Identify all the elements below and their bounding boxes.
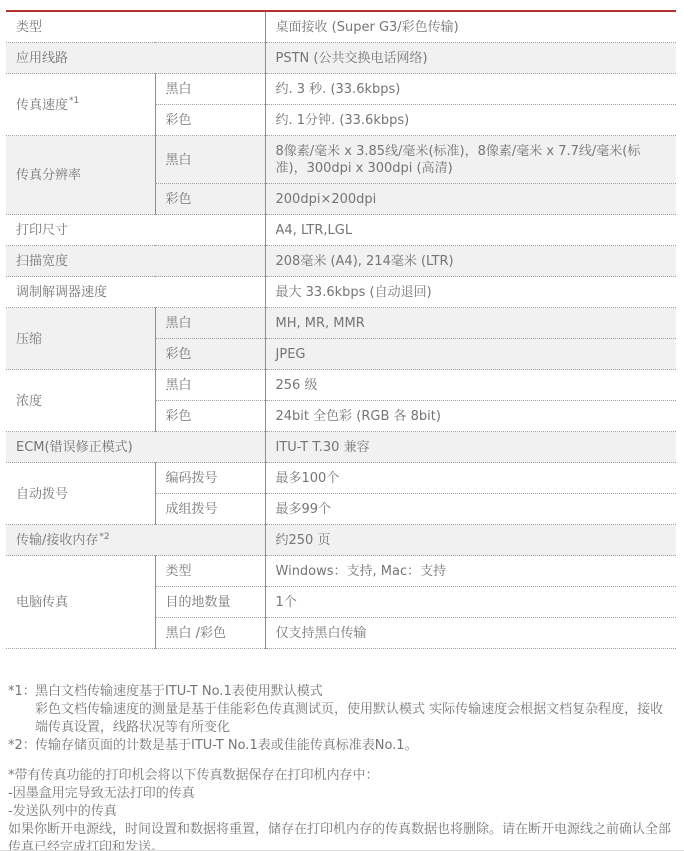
footnote-2-marker: *2： [8,737,35,755]
table-row: 传真分辨率 黑白 8像素/毫米 x 3.85线/毫米(标准)，8像素/毫米 x … [6,136,676,184]
spec-value-cell: JPEG [265,339,676,370]
spec-label-cell: 电脑传真 [6,556,155,649]
spec-value: 仅支持黑白传输 [276,626,367,641]
spec-sublabel: 编码拨号 [166,471,218,486]
table-row: 压缩 黑白 MH, MR, MMR [6,308,676,339]
spec-value-cell: ITU-T T.30 兼容 [265,432,676,463]
table-row: 调制解调器速度 最大 33.6kbps (自动退回) [6,277,676,308]
spec-sublabel-cell: 彩色 [155,105,265,136]
table-row: 扫描宽度 208毫米 (A4), 214毫米 (LTR) [6,246,676,277]
memory-note-intro: *带有传真功能的打印机会将以下传真数据保存在打印机内存中： [8,767,676,785]
spec-value-cell: 208毫米 (A4), 214毫米 (LTR) [265,246,676,277]
spec-value: 最大 33.6kbps (自动退回) [276,285,432,300]
spec-sublabel-cell: 彩色 [155,339,265,370]
footnote-1-body: 黑白文档传输速度基于ITU-T No.1表使用默认模式 彩色文档传输速度的测量是… [35,683,676,737]
spec-value-cell: 最多100个 [265,463,676,494]
spec-value: 208毫米 (A4), 214毫米 (LTR) [276,254,454,269]
spec-value: JPEG [276,347,306,362]
spec-sublabel: 黑白 [166,378,192,393]
table-row: 电脑传真 类型 Windows：支持, Mac：支持 [6,556,676,587]
footnote-1: *1： 黑白文档传输速度基于ITU-T No.1表使用默认模式 彩色文档传输速度… [8,683,676,737]
spec-label-cell: 类型 [6,11,265,43]
spec-label: 压缩 [16,332,42,347]
spec-value: PSTN (公共交换电话网络) [276,51,428,66]
spec-value-cell: 仅支持黑白传输 [265,618,676,649]
table-row: 传真速度*1 黑白 约. 3 秒. (33.6kbps) [6,74,676,105]
spec-value: 24bit 全色彩 (RGB 各 8bit) [276,409,441,424]
spec-label: 浓度 [16,394,42,409]
footnotes-block: *1： 黑白文档传输速度基于ITU-T No.1表使用默认模式 彩色文档传输速度… [6,683,676,755]
table-row: 浓度 黑白 256 级 [6,370,676,401]
spec-value-cell: 桌面接收 (Super G3/彩色传输) [265,11,676,43]
spec-value-cell: 1个 [265,587,676,618]
spec-label-cell: 传输/接收内存*2 [6,525,265,556]
spec-sublabel: 黑白 [166,153,192,168]
spec-sublabel: 彩色 [166,192,192,207]
spec-value-cell: 200dpi×200dpi [265,184,676,215]
table-row: 传输/接收内存*2 约250 页 [6,525,676,556]
spec-label-cell: 传真速度*1 [6,74,155,136]
spec-value: 最多99个 [276,502,332,517]
spec-value-cell: 256 级 [265,370,676,401]
table-row: 打印尺寸 A4, LTR,LGL [6,215,676,246]
spec-label: 自动拨号 [16,487,68,502]
spec-sublabel: 黑白 /彩色 [166,626,227,641]
footnote-1-marker: *1： [8,683,35,737]
spec-value: 8像素/毫米 x 3.85线/毫米(标准)，8像素/毫米 x 7.7线/毫米(标… [276,144,641,176]
spec-sublabel-cell: 彩色 [155,401,265,432]
spec-label-cell: 扫描宽度 [6,246,265,277]
spec-label: 电脑传真 [16,595,68,610]
spec-sublabel-cell: 目的地数量 [155,587,265,618]
spec-value-cell: A4, LTR,LGL [265,215,676,246]
spec-sublabel-cell: 黑白 [155,136,265,184]
spec-sublabel-cell: 彩色 [155,184,265,215]
memory-note-item-1: -因墨盒用完导致无法打印的传真 [8,785,676,803]
spec-sublabel: 成组拨号 [166,502,218,517]
spec-label: ECM(错误修正模式) [16,440,133,455]
spec-label: 应用线路 [16,51,68,66]
spec-sublabel-cell: 黑白 [155,370,265,401]
table-row: 类型 桌面接收 (Super G3/彩色传输) [6,11,676,43]
spec-value: 200dpi×200dpi [276,192,377,207]
spec-label: 打印尺寸 [16,223,68,238]
spec-label-cell: ECM(错误修正模式) [6,432,265,463]
spec-label: 传真速度 [16,98,68,113]
spec-label: 传真分辨率 [16,168,81,183]
spec-label-cell: 打印尺寸 [6,215,265,246]
footnote-2: *2： 传输存储页面的计数是基于ITU-T No.1表或佳能传真标准表No.1。 [8,737,676,755]
memory-note-item-2: -发送队列中的传真 [8,803,676,821]
spec-sublabel-cell: 成组拨号 [155,494,265,525]
footnote-1-line2: 彩色文档传输速度的测量是基于佳能彩色传真测试页，使用默认模式 实际传输速度会根据… [35,701,676,737]
spec-value: 1个 [276,595,297,610]
spec-sublabel: 彩色 [166,113,192,128]
spec-sublabel: 彩色 [166,347,192,362]
spec-value: ITU-T T.30 兼容 [276,440,370,455]
footnote-ref: *1 [69,96,79,106]
spec-value-cell: PSTN (公共交换电话网络) [265,43,676,74]
spec-sublabel: 黑白 [166,316,192,331]
spec-label: 类型 [16,20,42,35]
table-row: 应用线路 PSTN (公共交换电话网络) [6,43,676,74]
spec-label: 扫描宽度 [16,254,68,269]
table-row: 自动拨号 编码拨号 最多100个 [6,463,676,494]
spec-label: 传输/接收内存 [16,533,98,548]
spec-label: 调制解调器速度 [16,285,107,300]
spec-sublabel: 彩色 [166,409,192,424]
spec-value-cell: 最大 33.6kbps (自动退回) [265,277,676,308]
spec-value-cell: 约. 1分钟. (33.6kbps) [265,105,676,136]
spec-value-cell: 约250 页 [265,525,676,556]
spec-value-cell: 最多99个 [265,494,676,525]
spec-value: 约. 1分钟. (33.6kbps) [276,113,410,128]
spec-value: 桌面接收 (Super G3/彩色传输) [276,20,459,35]
spec-sublabel-cell: 黑白 /彩色 [155,618,265,649]
spec-value-cell: 约. 3 秒. (33.6kbps) [265,74,676,105]
footnote-ref: *2 [99,532,109,542]
spec-label-cell: 自动拨号 [6,463,155,525]
spec-value-cell: MH, MR, MMR [265,308,676,339]
spec-label-cell: 压缩 [6,308,155,370]
spec-sublabel-cell: 类型 [155,556,265,587]
footnote-2-body: 传输存储页面的计数是基于ITU-T No.1表或佳能传真标准表No.1。 [35,737,676,755]
fax-spec-page: 类型 桌面接收 (Super G3/彩色传输) 应用线路 PSTN (公共交换电… [0,0,684,851]
spec-value: 约250 页 [276,533,331,548]
spec-value: 最多100个 [276,471,340,486]
spec-sublabel: 黑白 [166,82,192,97]
spec-value-cell: 8像素/毫米 x 3.85线/毫米(标准)，8像素/毫米 x 7.7线/毫米(标… [265,136,676,184]
table-row: ECM(错误修正模式) ITU-T T.30 兼容 [6,432,676,463]
spec-value-cell: Windows：支持, Mac：支持 [265,556,676,587]
spec-sublabel-cell: 黑白 [155,74,265,105]
spec-value-cell: 24bit 全色彩 (RGB 各 8bit) [265,401,676,432]
spec-sublabel: 类型 [166,564,192,579]
memory-note-warning: 如果你断开电源线，时间设置和数据将重置，储存在打印机内存的传真数据也将删除。请在… [8,821,676,851]
spec-sublabel-cell: 编码拨号 [155,463,265,494]
spec-label-cell: 调制解调器速度 [6,277,265,308]
spec-value: A4, LTR,LGL [276,223,353,238]
spec-value: Windows：支持, Mac：支持 [276,564,447,579]
spec-label-cell: 应用线路 [6,43,265,74]
spec-value: 约. 3 秒. (33.6kbps) [276,82,401,97]
fax-spec-table: 类型 桌面接收 (Super G3/彩色传输) 应用线路 PSTN (公共交换电… [6,10,676,649]
spec-sublabel: 目的地数量 [166,595,231,610]
spec-label-cell: 传真分辨率 [6,136,155,215]
spec-sublabel-cell: 黑白 [155,308,265,339]
memory-note-block: *带有传真功能的打印机会将以下传真数据保存在打印机内存中： -因墨盒用完导致无法… [6,767,676,851]
spec-value: MH, MR, MMR [276,316,365,331]
spec-label-cell: 浓度 [6,370,155,432]
spec-value: 256 级 [276,378,318,393]
footnote-1-line1: 黑白文档传输速度基于ITU-T No.1表使用默认模式 [35,683,676,701]
